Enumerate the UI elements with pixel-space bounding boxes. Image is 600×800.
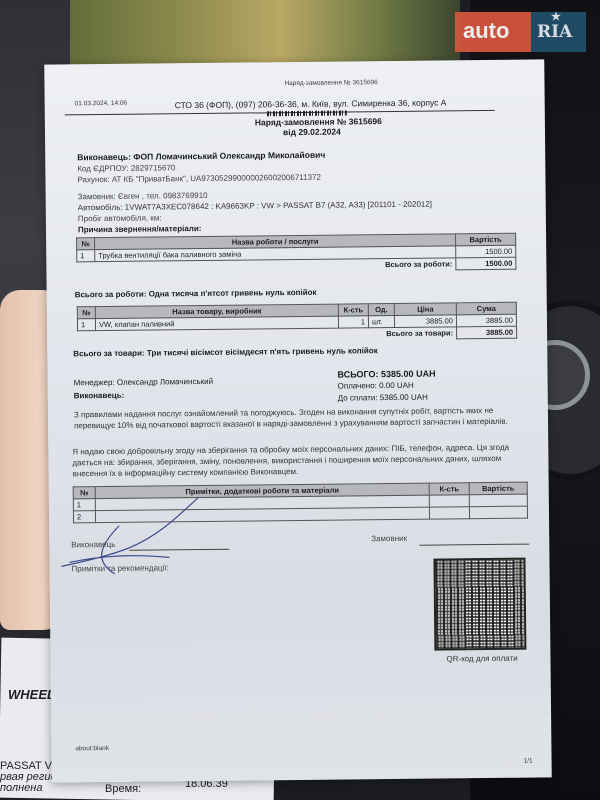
car-info: Автомобіль: 1VWAT7A3XEC078642 : KA9663KP… — [78, 200, 432, 213]
order-date: від 29.02.2024 — [283, 127, 341, 138]
car-mileage: Пробіг автомобіля, км: — [78, 213, 162, 223]
row-qty — [429, 507, 469, 519]
invoice-paper: 01.03.2024, 14:06 Наряд-замовлення № 361… — [44, 59, 551, 782]
paid-amount: Оплачено: 0.00 UAH — [338, 381, 414, 391]
goods-total-value: 3885.00 — [457, 326, 517, 339]
service-header: СТО 36 (ФОП), (097) 206-36-36, м. Київ, … — [175, 97, 447, 110]
underlying-filled: полнена — [0, 782, 42, 794]
col-cost: Вартість — [456, 233, 516, 246]
qr-code-icon — [433, 558, 526, 651]
row-qty: 1 — [338, 316, 368, 328]
executor-label: Виконавець: — [74, 391, 125, 401]
col-unit: Од. — [368, 303, 394, 315]
row-qty — [429, 495, 469, 507]
goods-table: № Назва товару, виробник К-сть Од. Ціна … — [77, 302, 517, 344]
reason-label: Причина звернення/матеріали: — [78, 224, 202, 234]
bank-account: Рахунок: АТ КБ "ПриватБанк", UA973052990… — [77, 173, 321, 185]
customer-signature-line — [419, 544, 529, 546]
personal-data-consent: Я надаю свою добровільну згоду на зберіг… — [72, 442, 520, 480]
goods-total-label: Всього за товари: — [78, 327, 457, 343]
col-no: № — [77, 307, 95, 319]
goods-total-words: Всього за товари: Три тисячі вісімсот ві… — [73, 346, 377, 358]
logo-auto-text: auto — [455, 12, 531, 52]
top-order-ref: Наряд-замовлення № 3615696 — [284, 79, 377, 87]
autoria-watermark: auto ★ RIA — [455, 12, 586, 52]
works-total-words: Всього за роботи: Одна тисяча п'ятсот гр… — [75, 288, 317, 300]
print-timestamp: 01.03.2024, 14:06 — [75, 100, 127, 108]
row-no: 1 — [77, 250, 95, 262]
executor-signature-label: Виконавець — [71, 540, 115, 549]
page-number: 1/1 — [524, 758, 533, 765]
barcode-icon — [267, 110, 347, 116]
star-icon: ★ — [551, 10, 561, 23]
underlying-heading: WHEEL — [8, 687, 55, 702]
contractor: Виконавець: ФОП Ломачинський Олександр М… — [77, 150, 325, 163]
logo-ria-text: RIA — [537, 22, 572, 42]
col-cost: Вартість — [469, 482, 527, 495]
footer-url: about:blank — [75, 745, 109, 752]
qr-label: QR-код для оплати — [446, 654, 517, 664]
works-total-value: 1500.00 — [456, 257, 516, 270]
works-table: № Назва роботи / послуги Вартість 1 Труб… — [76, 233, 516, 275]
row-no: 1 — [77, 319, 95, 331]
row-unit: шт. — [368, 315, 394, 327]
col-qty: К-сть — [338, 304, 368, 316]
col-qty: К-сть — [429, 483, 469, 495]
row-cost — [469, 506, 527, 519]
works-total-label: Всього за роботи: — [77, 258, 456, 274]
remarks-label: Примітки та рекомендації: — [71, 563, 168, 573]
col-sum: Сума — [456, 302, 516, 315]
manager: Менеджер: Олександр Ломачинський — [74, 377, 214, 387]
amount-due: До сплати: 5385.00 UAH — [338, 393, 428, 403]
col-no: № — [77, 238, 95, 250]
edrpou-code: Код ЄДРПОУ: 2829715670 — [77, 163, 175, 173]
terms-consent: З правилами надання послуг ознайомлений … — [74, 405, 514, 432]
row-cost: 1500.00 — [456, 245, 516, 258]
underlying-time-label: Время: — [105, 783, 141, 795]
customer-signature-label: Замовник — [371, 534, 407, 543]
customer: Замовник: Євген , тел. 0983769910 — [78, 191, 208, 201]
grand-total: ВСЬОГО: 5385.00 UAH — [337, 369, 435, 380]
logo-ria: ★ RIA — [531, 12, 586, 52]
row-sum: 3885.00 — [456, 314, 516, 327]
order-title: Наряд-замовлення № 3615696 — [255, 116, 382, 127]
row-cost — [469, 494, 527, 507]
col-price: Ціна — [394, 303, 456, 316]
row-price: 3885.00 — [394, 315, 456, 328]
